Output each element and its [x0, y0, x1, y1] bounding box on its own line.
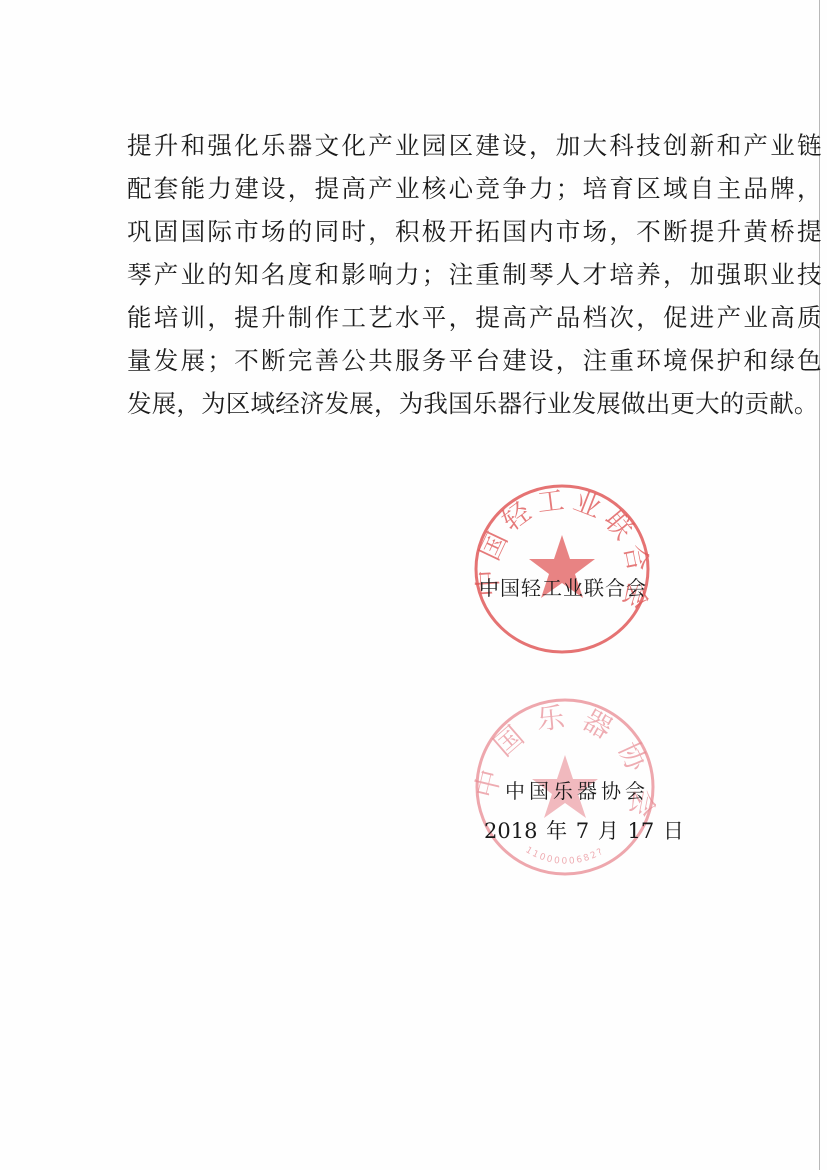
paragraph-line: 能培训，提升制作工艺水平，提高产品档次，促进产业高质: [127, 296, 727, 339]
paragraph-line: 配套能力建设，提高产业核心竞争力；培育区域自主品牌，: [127, 167, 727, 210]
paragraph-line: 琴产业的知名度和影响力；注重制琴人才培养，加强职业技: [127, 253, 727, 296]
official-seal-light-industry: 中国轻工业联合会: [473, 483, 651, 655]
signature-date: 2018 年 7 月 17 日: [484, 815, 684, 845]
document-page: 提升和强化乐器文化产业园区建设，加大科技创新和产业链 配套能力建设，提高产业核心…: [0, 0, 827, 1170]
seal-icon: 中国轻工业联合会: [473, 483, 651, 655]
paragraph-line: 发展，为区域经济发展，为我国乐器行业发展做出更大的贡献。: [127, 382, 727, 425]
paragraph-line: 量发展；不断完善公共服务平台建设，注重环境保护和绿色: [127, 339, 727, 382]
signatory-org-light-industry: 中国轻工业联合会: [479, 572, 647, 601]
svg-text:1100000682?: 1100000682?: [524, 845, 607, 866]
paragraph-line: 巩固国际市场的同时，积极开拓国内市场，不断提升黄桥提: [127, 210, 727, 253]
body-paragraph: 提升和强化乐器文化产业园区建设，加大科技创新和产业链 配套能力建设，提高产业核心…: [127, 124, 727, 425]
signatory-org-musical-instrument: 中国乐器协会: [505, 775, 649, 804]
paragraph-line: 提升和强化乐器文化产业园区建设，加大科技创新和产业链: [127, 124, 727, 167]
